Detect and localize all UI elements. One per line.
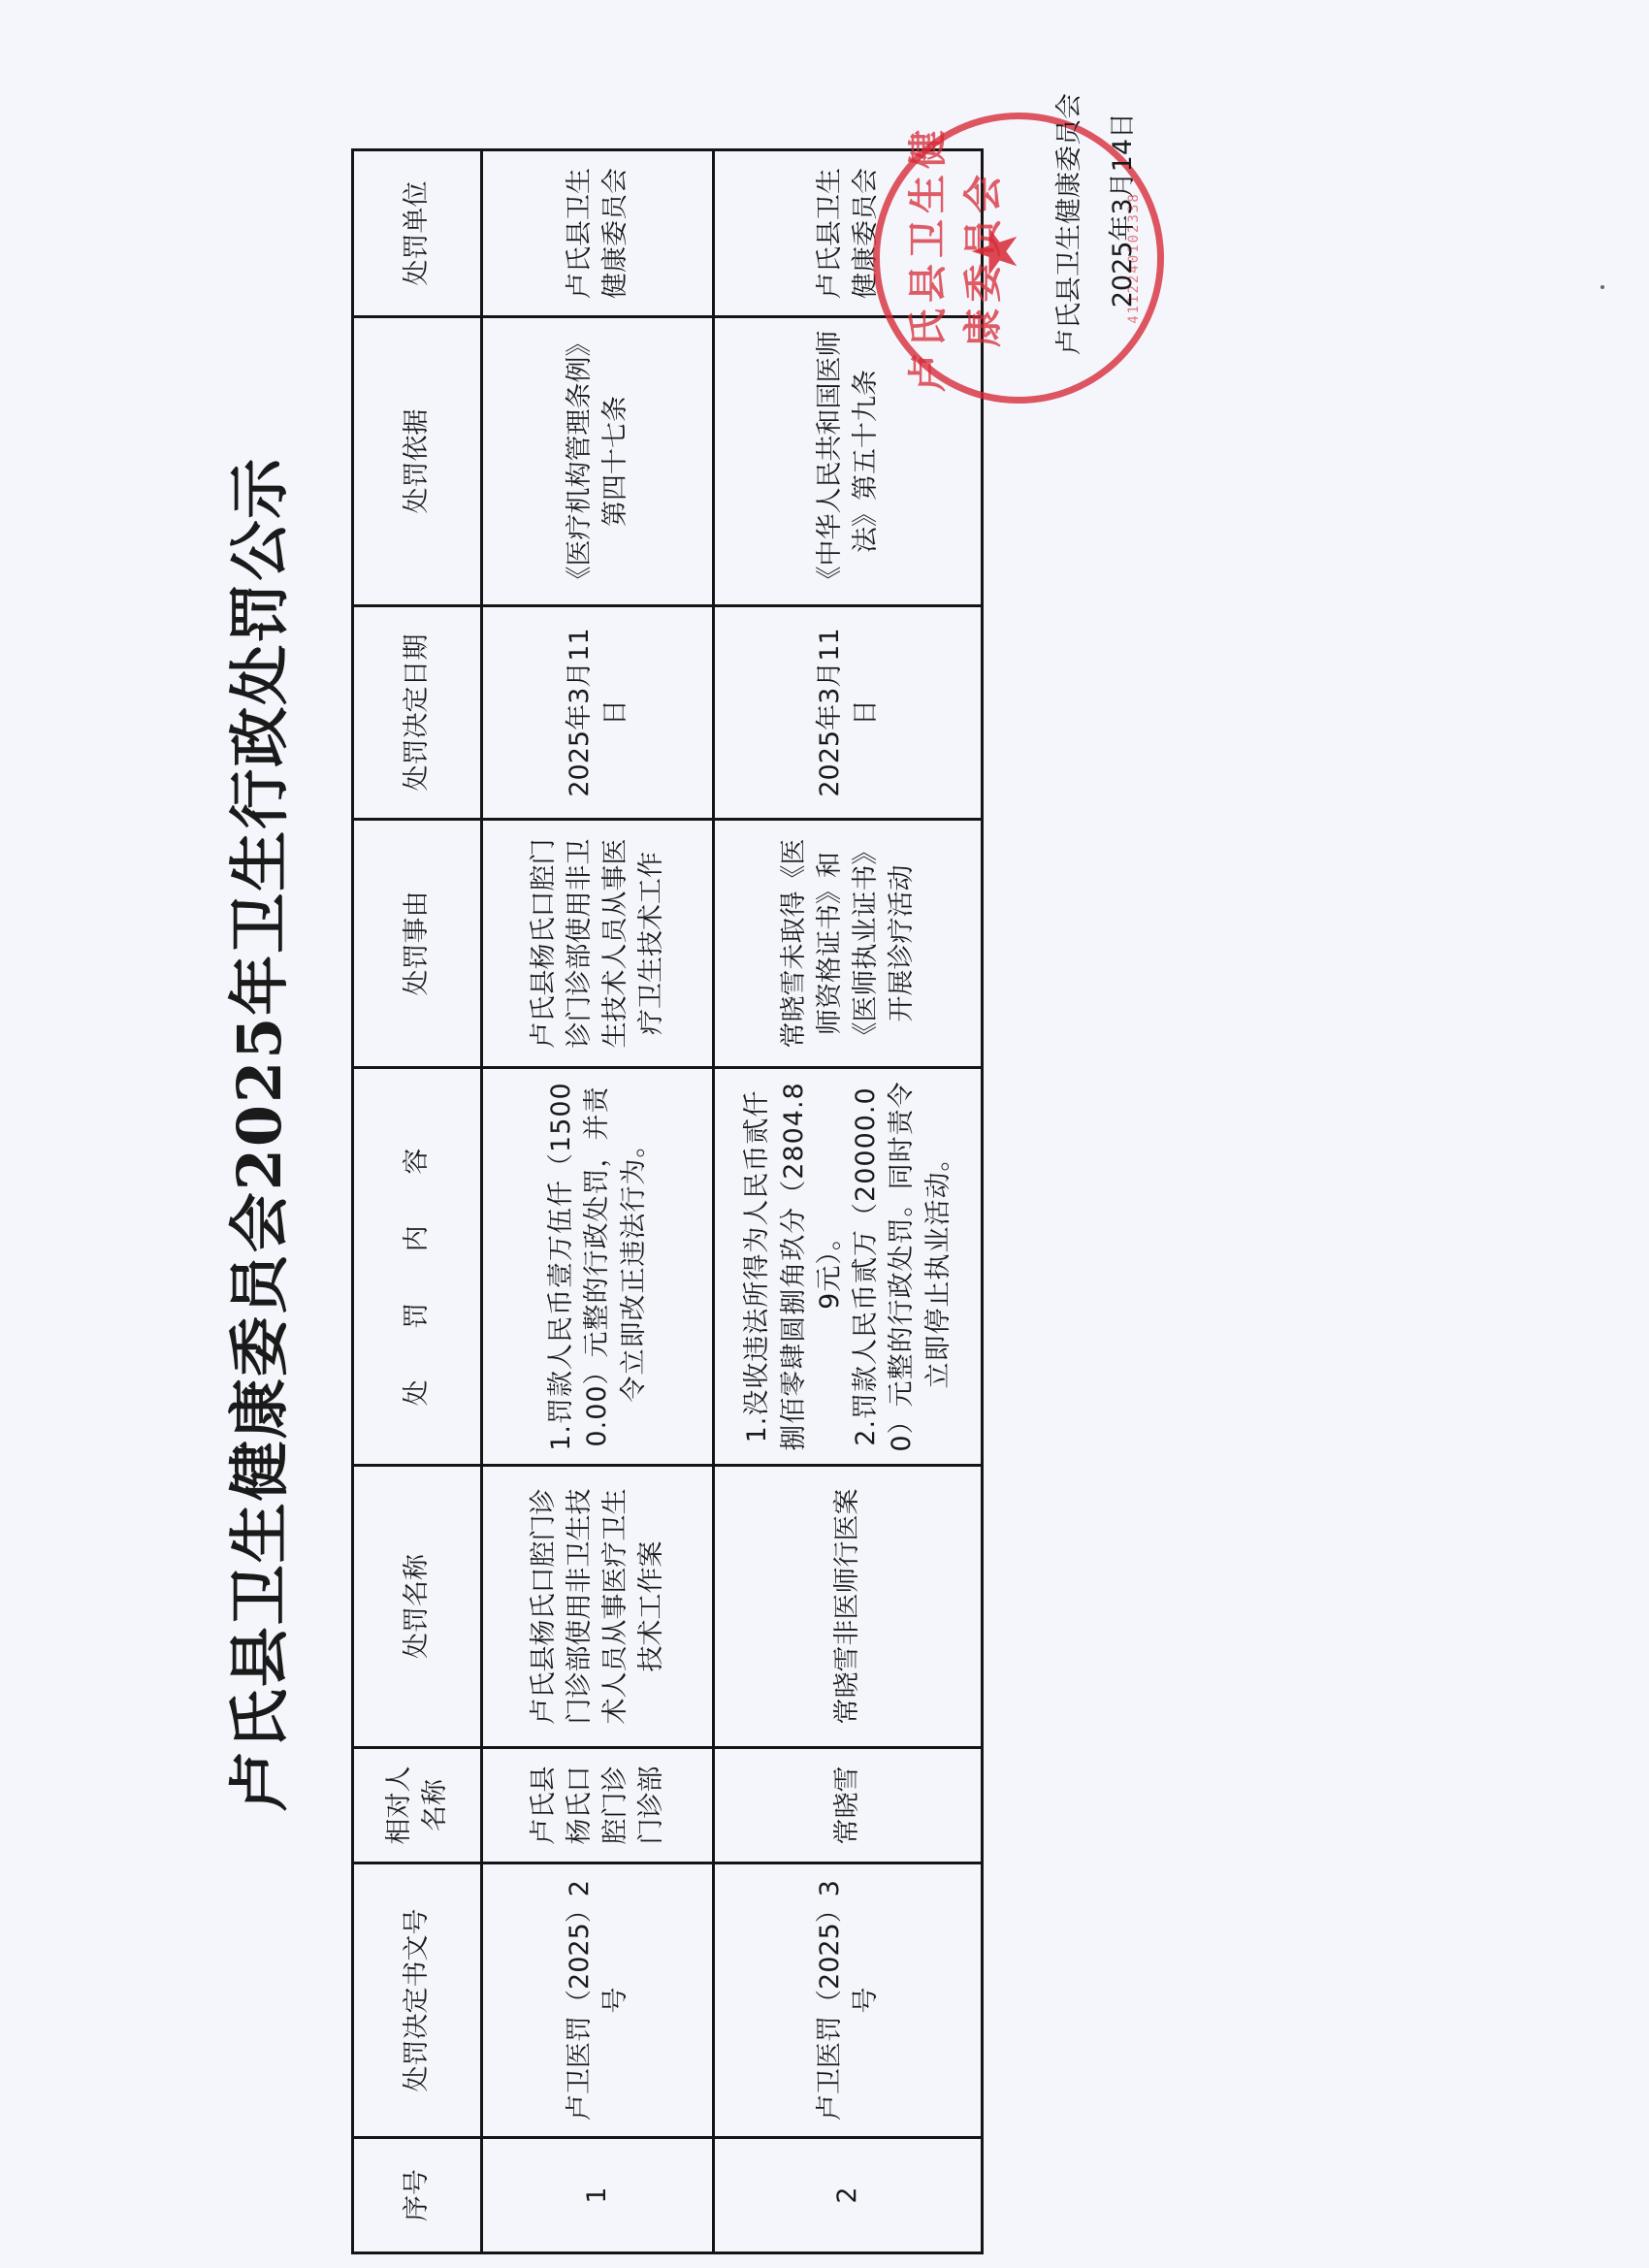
penalty-content-line: 2.罚款人民币贰万（20000.00）元整的行政处罚。同时责令立即停止执业活动。 bbox=[848, 1081, 956, 1452]
cell-decision-date: 2025年3月11日 bbox=[714, 606, 983, 820]
header-penalty-reason: 处罚事由 bbox=[353, 820, 482, 1068]
cell-legal-basis: 《医疗机构管理条例》第四十七条 bbox=[482, 317, 714, 606]
penalty-table: 序号 处罚决定书文号 相对人名称 处罚名称 处 罚 内 容 处罚事由 处罚决定日… bbox=[351, 148, 984, 2254]
cell-index: 1 bbox=[482, 2138, 714, 2253]
document-page: 卢氏县卫生健康委员会2025年卫生行政处罚公示 序号 处罚决定书文号 相对人名称… bbox=[0, 0, 1649, 2268]
header-penalty-content: 处 罚 内 容 bbox=[353, 1068, 482, 1466]
header-authority: 处罚单位 bbox=[353, 150, 482, 317]
header-penalty-name: 处罚名称 bbox=[353, 1466, 482, 1748]
cell-penalty-reason: 常晓雪未取得《医师资格证书》和《医师执业证书》开展诊疗活动 bbox=[714, 820, 983, 1068]
header-index: 序号 bbox=[353, 2138, 482, 2253]
cell-doc-number: 卢卫医罚（2025）2号 bbox=[482, 1863, 714, 2138]
cell-penalty-content: 1.没收违法所得为人民币贰仟捌佰零肆圆捌角玖分（2804.89元）。 2.罚款人… bbox=[714, 1068, 983, 1466]
header-doc-number: 处罚决定书文号 bbox=[353, 1863, 482, 2138]
header-party-name: 相对人名称 bbox=[353, 1748, 482, 1863]
cell-authority: 卢氏县卫生健康委员会 bbox=[482, 150, 714, 317]
cell-party-name: 常晓雪 bbox=[714, 1748, 983, 1863]
cell-doc-number: 卢卫医罚（2025）3号 bbox=[714, 1863, 983, 2138]
cell-decision-date: 2025年3月11日 bbox=[482, 606, 714, 820]
cell-index: 2 bbox=[714, 2138, 983, 2253]
seal-star-icon: ★ bbox=[965, 220, 1027, 282]
cell-penalty-content: 1.罚款人民币壹万伍仟（15000.00）元整的行政处罚，并责令立即改正违法行为… bbox=[482, 1068, 714, 1466]
table-header-row: 序号 处罚决定书文号 相对人名称 处罚名称 处 罚 内 容 处罚事由 处罚决定日… bbox=[353, 150, 482, 2253]
table-row: 2 卢卫医罚（2025）3号 常晓雪 常晓雪非医师行医案 1.没收违法所得为人民… bbox=[714, 150, 983, 2253]
signature-block: 卢氏县卫生健康委员会 ★ 4112240102338 卢氏县卫生健康委员会 20… bbox=[902, 93, 1164, 462]
cell-penalty-name: 常晓雪非医师行医案 bbox=[714, 1466, 983, 1748]
header-decision-date: 处罚决定日期 bbox=[353, 606, 482, 820]
cell-penalty-reason: 卢氏县杨氏口腔门诊门诊部使用非卫生技术人员从事医疗卫生技术工作 bbox=[482, 820, 714, 1068]
cell-party-name: 卢氏县杨氏口腔门诊门诊部 bbox=[482, 1748, 714, 1863]
document-title: 卢氏县卫生健康委员会2025年卫生行政处罚公示 bbox=[211, 0, 298, 2268]
signature-organization: 卢氏县卫生健康委员会 bbox=[1048, 93, 1085, 462]
header-legal-basis: 处罚依据 bbox=[353, 317, 482, 606]
cell-penalty-name: 卢氏县杨氏口腔门诊门诊部使用非卫生技术人员从事医疗卫生技术工作案 bbox=[482, 1466, 714, 1748]
signature-date: 2025年3月14日 bbox=[1101, 113, 1139, 462]
scan-speck bbox=[1600, 285, 1604, 289]
table-row: 1 卢卫医罚（2025）2号 卢氏县杨氏口腔门诊门诊部 卢氏县杨氏口腔门诊门诊部… bbox=[482, 150, 714, 2253]
penalty-content-line: 1.没收违法所得为人民币贰仟捌佰零肆圆捌角玖分（2804.89元）。 bbox=[739, 1081, 848, 1452]
